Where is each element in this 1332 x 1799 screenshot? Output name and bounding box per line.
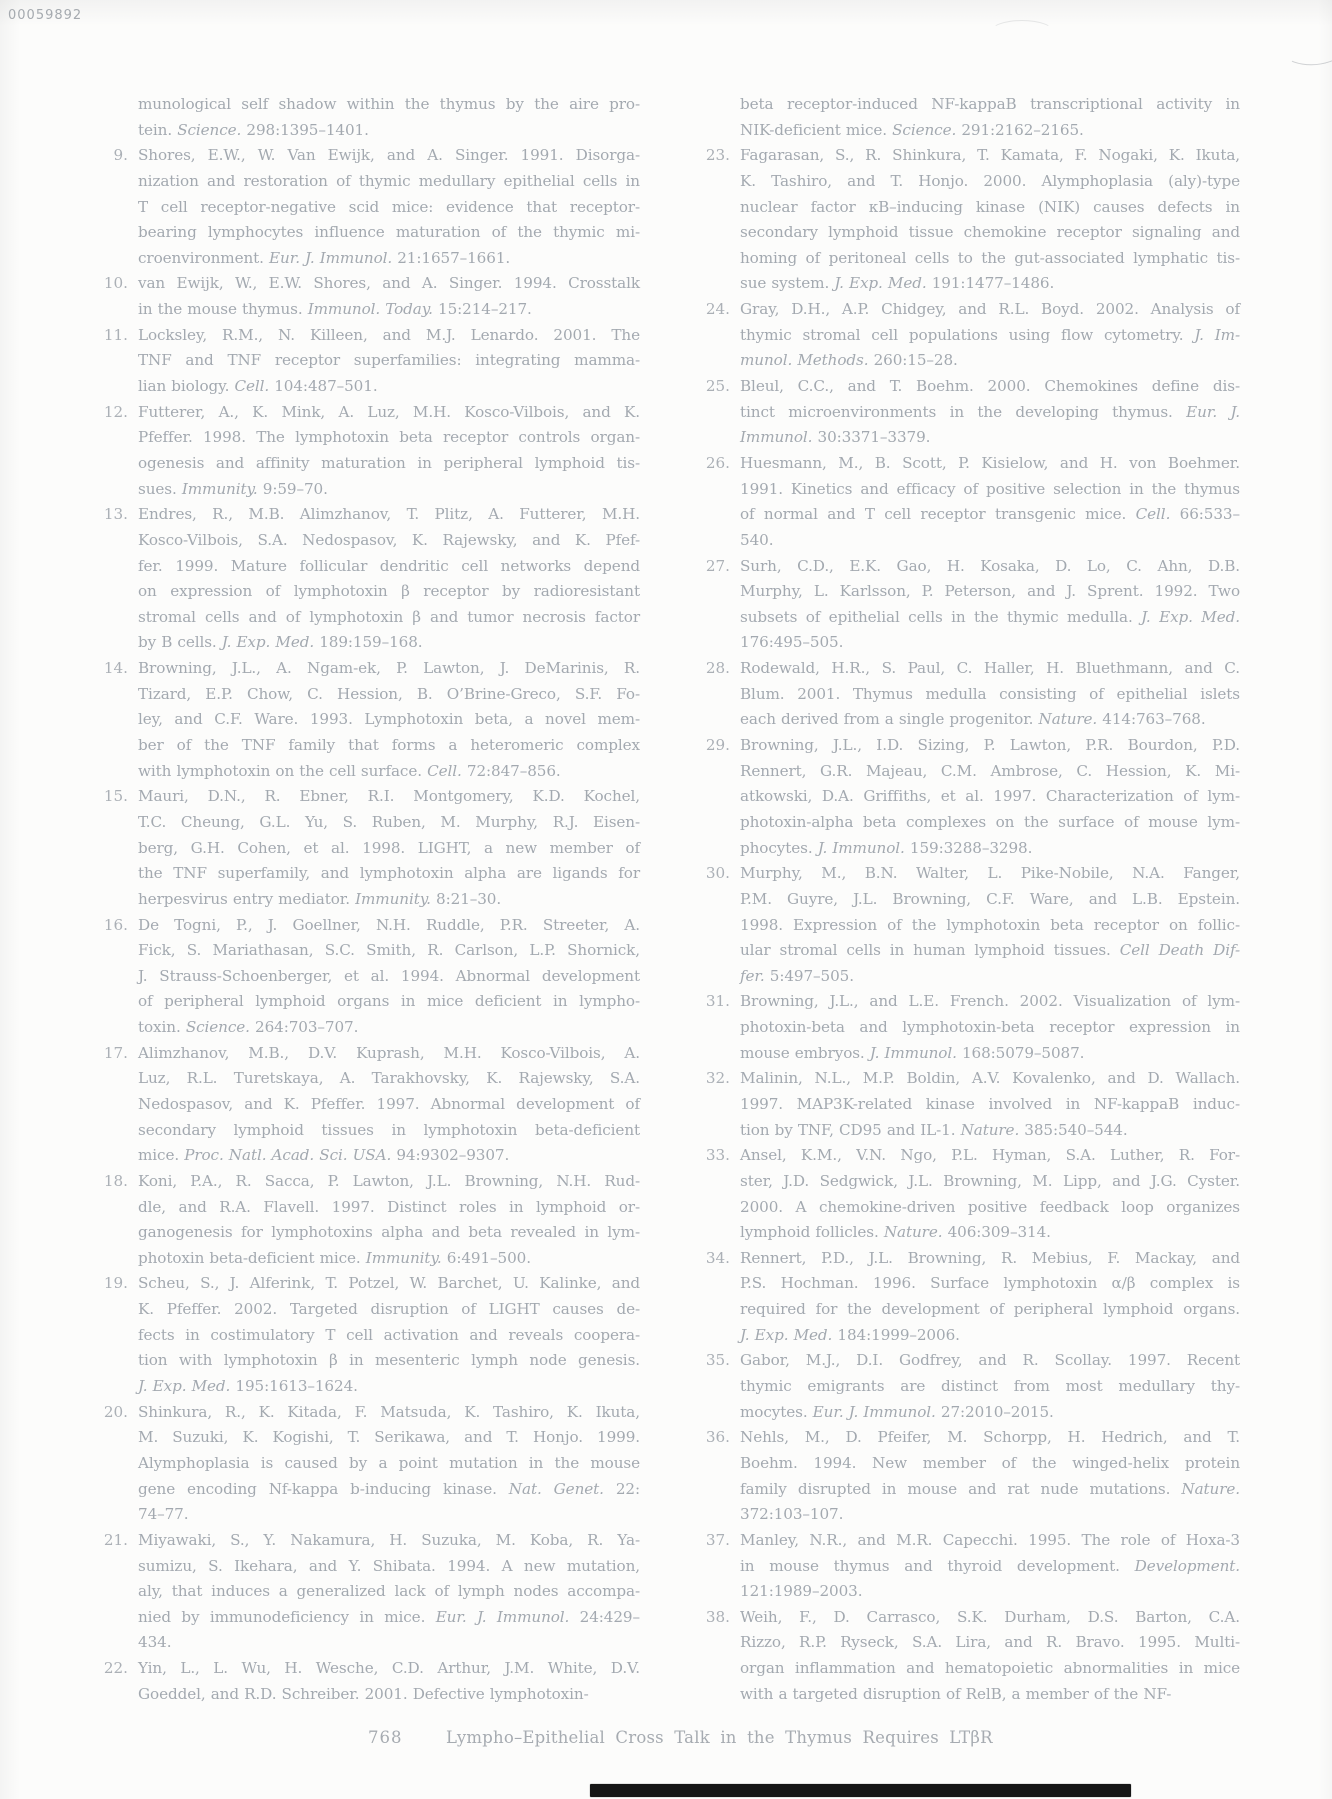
reference-line: tion with lymphotoxin β in mesenteric ly… (138, 1348, 640, 1374)
reference-line: Miyawaki, S., Y. Nakamura, H. Suzuka, M.… (138, 1528, 640, 1554)
reference-entry: 10.van Ewijk, W., E.W. Shores, and A. Si… (100, 271, 640, 322)
reference-line: Browning, J.L., I.D. Sizing, P. Lawton, … (740, 733, 1240, 759)
reference-number: 30. (702, 861, 730, 887)
reference-entry: 35.Gabor, M.J., D.I. Godfrey, and R. Sco… (702, 1348, 1240, 1425)
reference-line: ley, and C.F. Ware. 1993. Lymphotoxin be… (138, 707, 640, 733)
reference-line: Rennert, G.R. Majeau, C.M. Ambrose, C. H… (740, 759, 1240, 785)
reference-line: mocytes. Eur. J. Immunol. 27:2010–2015. (740, 1400, 1240, 1426)
reference-line: fects in costimulatory T cell activation… (138, 1323, 640, 1349)
reference-line: 1991. Kinetics and efficacy of positive … (740, 477, 1240, 503)
reference-entry: 15.Mauri, D.N., R. Ebner, R.I. Montgomer… (100, 784, 640, 912)
reference-line: Alymphoplasia is caused by a point mutat… (138, 1451, 640, 1477)
reference-line: the TNF superfamily, and lymphotoxin alp… (138, 861, 640, 887)
reference-line: mouse embryos. J. Immunol. 168:5079–5087… (740, 1041, 1240, 1067)
reference-line: lymphoid follicles. Nature. 406:309–314. (740, 1220, 1240, 1246)
reference-entry: 11.Locksley, R.M., N. Killeen, and M.J. … (100, 323, 640, 400)
reference-number: 28. (702, 656, 730, 682)
reference-line: mice. Proc. Natl. Acad. Sci. USA. 94:930… (138, 1143, 640, 1169)
reference-line: 2000. A chemokine-driven positive feedba… (740, 1195, 1240, 1221)
reference-number: 35. (702, 1348, 730, 1374)
reference-line: Goeddel, and R.D. Schreiber. 2001. Defec… (138, 1682, 640, 1708)
reference-line: Gray, D.H., A.P. Chidgey, and R.L. Boyd.… (740, 297, 1240, 323)
reference-number: 37. (702, 1528, 730, 1554)
reference-line: Huesmann, M., B. Scott, P. Kisielow, and… (740, 451, 1240, 477)
reference-entry: 31.Browning, J.L., and L.E. French. 2002… (702, 989, 1240, 1066)
reference-entry: 26.Huesmann, M., B. Scott, P. Kisielow, … (702, 451, 1240, 554)
reference-line: NIK-deficient mice. Science. 291:2162–21… (740, 118, 1240, 144)
references-column-right: beta receptor-induced NF-kappaB transcri… (702, 92, 1240, 1707)
reference-line: Koni, P.A., R. Sacca, P. Lawton, J.L. Br… (138, 1169, 640, 1195)
reference-line: of normal and T cell receptor transgenic… (740, 502, 1240, 528)
reference-line: nied by immunodeficiency in mice. Eur. J… (138, 1605, 640, 1631)
reference-number: 33. (702, 1143, 730, 1169)
reference-number: 18. (100, 1169, 128, 1195)
reference-line: 74–77. (138, 1502, 640, 1528)
reference-number: 29. (702, 733, 730, 759)
reference-line: P.S. Hochman. 1996. Surface lymphotoxin … (740, 1271, 1240, 1297)
reference-line: De Togni, P., J. Goellner, N.H. Ruddle, … (138, 913, 640, 939)
reference-line: ular stromal cells in human lymphoid tis… (740, 938, 1240, 964)
reference-line: J. Strauss-Schoenberger, et al. 1994. Ab… (138, 964, 640, 990)
reference-number: 17. (100, 1041, 128, 1067)
reference-line: photoxin-beta and lymphotoxin-beta recep… (740, 1015, 1240, 1041)
reference-number: 20. (100, 1400, 128, 1426)
reference-line: J. Exp. Med. 184:1999–2006. (740, 1323, 1240, 1349)
reference-line: ganogenesis for lymphotoxins alpha and b… (138, 1220, 640, 1246)
reference-entry: 25.Bleul, C.C., and T. Boehm. 2000. Chem… (702, 374, 1240, 451)
reference-entry: 17.Alimzhanov, M.B., D.V. Kuprash, M.H. … (100, 1041, 640, 1169)
reference-number: 25. (702, 374, 730, 400)
reference-line: Surh, C.D., E.K. Gao, H. Kosaka, D. Lo, … (740, 554, 1240, 580)
reference-entry: 38.Weih, F., D. Carrasco, S.K. Durham, D… (702, 1605, 1240, 1708)
reference-line: secondary lymphoid tissues in lymphotoxi… (138, 1118, 640, 1144)
reference-line: Rodewald, H.R., S. Paul, C. Haller, H. B… (740, 656, 1240, 682)
reference-entry: 28.Rodewald, H.R., S. Paul, C. Haller, H… (702, 656, 1240, 733)
reference-line: Malinin, N.L., M.P. Boldin, A.V. Kovalen… (740, 1066, 1240, 1092)
reference-line: berg, G.H. Cohen, et al. 1998. LIGHT, a … (138, 836, 640, 862)
reference-line: sue system. J. Exp. Med. 191:1477–1486. (740, 271, 1240, 297)
reference-entry: 22.Yin, L., L. Wu, H. Wesche, C.D. Arthu… (100, 1656, 640, 1707)
reference-line: gene encoding Nf-kappa b-inducing kinase… (138, 1477, 640, 1503)
reference-line: by B cells. J. Exp. Med. 189:159–168. (138, 630, 640, 656)
reference-line: Boehm. 1994. New member of the winged-he… (740, 1451, 1240, 1477)
reference-line: Shinkura, R., K. Kitada, F. Matsuda, K. … (138, 1400, 640, 1426)
reference-line: Blum. 2001. Thymus medulla consisting of… (740, 682, 1240, 708)
reference-entry: 23.Fagarasan, S., R. Shinkura, T. Kamata… (702, 143, 1240, 297)
reference-line: Tizard, E.P. Chow, C. Hession, B. O’Brin… (138, 682, 640, 708)
page-footer: 768 Lympho–Epithelial Cross Talk in the … (0, 1724, 1332, 1752)
reference-line: Rennert, P.D., J.L. Browning, R. Mebius,… (740, 1246, 1240, 1272)
reference-line: in mouse thymus and thyroid development.… (740, 1554, 1240, 1580)
reference-line: lian biology. Cell. 104:487–501. (138, 374, 640, 400)
reference-line: Futterer, A., K. Mink, A. Luz, M.H. Kosc… (138, 400, 640, 426)
reference-entry: 34.Rennert, P.D., J.L. Browning, R. Mebi… (702, 1246, 1240, 1349)
reference-line: Nedospasov, and K. Pfeffer. 1997. Abnorm… (138, 1092, 640, 1118)
reference-line: Browning, J.L., A. Ngam-ek, P. Lawton, J… (138, 656, 640, 682)
reference-line: Endres, R., M.B. Alimzhanov, T. Plitz, A… (138, 502, 640, 528)
reference-line: homing of peritoneal cells to the gut-as… (740, 246, 1240, 272)
reference-line: Fagarasan, S., R. Shinkura, T. Kamata, F… (740, 143, 1240, 169)
reference-line: Weih, F., D. Carrasco, S.K. Durham, D.S.… (740, 1605, 1240, 1631)
reference-number: 21. (100, 1528, 128, 1554)
reference-number: 12. (100, 400, 128, 426)
reference-line: Shores, E.W., W. Van Ewijk, and A. Singe… (138, 143, 640, 169)
reference-number: 38. (702, 1605, 730, 1631)
reference-entry: 27.Surh, C.D., E.K. Gao, H. Kosaka, D. L… (702, 554, 1240, 657)
watermark: 00059892 (8, 8, 82, 23)
reference-line: croenvironment. Eur. J. Immunol. 21:1657… (138, 246, 640, 272)
reference-entry: 16.De Togni, P., J. Goellner, N.H. Ruddl… (100, 913, 640, 1041)
reference-entry: 21.Miyawaki, S., Y. Nakamura, H. Suzuka,… (100, 1528, 640, 1656)
reference-number: 11. (100, 323, 128, 349)
reference-entry: 18.Koni, P.A., R. Sacca, P. Lawton, J.L.… (100, 1169, 640, 1272)
reference-line: ber of the TNF family that forms a heter… (138, 733, 640, 759)
reference-line: Pfeffer. 1998. The lymphotoxin beta rece… (138, 425, 640, 451)
reference-number: 15. (100, 784, 128, 810)
reference-line: Murphy, M., B.N. Walter, L. Pike-Nobile,… (740, 861, 1240, 887)
reference-line: 1998. Expression of the lymphotoxin beta… (740, 913, 1240, 939)
reference-line: nization and restoration of thymic medul… (138, 169, 640, 195)
reference-line: munol. Methods. 260:15–28. (740, 348, 1240, 374)
reference-line: Murphy, L. Karlsson, P. Peterson, and J.… (740, 579, 1240, 605)
reference-line: on expression of lymphotoxin β receptor … (138, 579, 640, 605)
reference-line: munological self shadow within the thymu… (138, 92, 640, 118)
reference-number: 14. (100, 656, 128, 682)
reference-line: atkowski, D.A. Griffiths, et al. 1997. C… (740, 784, 1240, 810)
reference-entry: 13.Endres, R., M.B. Alimzhanov, T. Plitz… (100, 502, 640, 656)
reference-entry: 9.Shores, E.W., W. Van Ewijk, and A. Sin… (100, 143, 640, 271)
reference-number: 13. (100, 502, 128, 528)
reference-line: Kosco-Vilbois, S.A. Nedospasov, K. Rajew… (138, 528, 640, 554)
reference-entry: 14.Browning, J.L., A. Ngam-ek, P. Lawton… (100, 656, 640, 784)
reference-line: Scheu, S., J. Alferink, T. Potzel, W. Ba… (138, 1271, 640, 1297)
reference-line: each derived from a single progenitor. N… (740, 707, 1240, 733)
reference-line: aly, that induces a generalized lack of … (138, 1579, 640, 1605)
reference-line: sues. Immunity. 9:59–70. (138, 477, 640, 503)
reference-line: K. Pfeffer. 2002. Targeted disruption of… (138, 1297, 640, 1323)
reference-line: tinct microenvironments in the developin… (740, 400, 1240, 426)
reference-line: TNF and TNF receptor superfamilies: inte… (138, 348, 640, 374)
reference-entry: munological self shadow within the thymu… (100, 92, 640, 143)
reference-line: toxin. Science. 264:703–707. (138, 1015, 640, 1041)
reference-line: herpesvirus entry mediator. Immunity. 8:… (138, 887, 640, 913)
reference-line: of peripheral lymphoid organs in mice de… (138, 989, 640, 1015)
reference-line: family disrupted in mouse and rat nude m… (740, 1477, 1240, 1503)
reference-entry: 36.Nehls, M., D. Pfeifer, M. Schorpp, H.… (702, 1425, 1240, 1528)
reference-line: Browning, J.L., and L.E. French. 2002. V… (740, 989, 1240, 1015)
reference-line: Nehls, M., D. Pfeifer, M. Schorpp, H. He… (740, 1425, 1240, 1451)
reference-line: Bleul, C.C., and T. Boehm. 2000. Chemoki… (740, 374, 1240, 400)
reference-line: T cell receptor-negative scid mice: evid… (138, 195, 640, 221)
reference-line: bearing lymphocytes influence maturation… (138, 220, 640, 246)
reference-number: 19. (100, 1271, 128, 1297)
reference-line: Mauri, D.N., R. Ebner, R.I. Montgomery, … (138, 784, 640, 810)
reference-line: Alimzhanov, M.B., D.V. Kuprash, M.H. Kos… (138, 1041, 640, 1067)
reference-line: K. Tashiro, and T. Honjo. 2000. Alymphop… (740, 169, 1240, 195)
reference-entry: 33.Ansel, K.M., V.N. Ngo, P.L. Hyman, S.… (702, 1143, 1240, 1246)
reference-number: 10. (100, 271, 128, 297)
reference-line: Rizzo, R.P. Ryseck, S.A. Lira, and R. Br… (740, 1630, 1240, 1656)
reference-entry: 24.Gray, D.H., A.P. Chidgey, and R.L. Bo… (702, 297, 1240, 374)
reference-line: in the mouse thymus. Immunol. Today. 15:… (138, 297, 640, 323)
scan-artifact-curve-small (990, 20, 1054, 44)
reference-line: stromal cells and of lymphotoxin β and t… (138, 605, 640, 631)
reference-number: 23. (702, 143, 730, 169)
reference-number: 31. (702, 989, 730, 1015)
reference-line: 121:1989–2003. (740, 1579, 1240, 1605)
reference-line: van Ewijk, W., E.W. Shores, and A. Singe… (138, 271, 640, 297)
reference-number: 32. (702, 1066, 730, 1092)
reference-line: beta receptor-induced NF-kappaB transcri… (740, 92, 1240, 118)
reference-line: photoxin-alpha beta complexes on the sur… (740, 810, 1240, 836)
reference-line: Gabor, M.J., D.I. Godfrey, and R. Scolla… (740, 1348, 1240, 1374)
reference-line: 1997. MAP3K-related kinase involved in N… (740, 1092, 1240, 1118)
reference-line: dle, and R.A. Flavell. 1997. Distinct ro… (138, 1195, 640, 1221)
reference-line: tein. Science. 298:1395–1401. (138, 118, 640, 144)
reference-number: 36. (702, 1425, 730, 1451)
reference-entry: 32.Malinin, N.L., M.P. Boldin, A.V. Kova… (702, 1066, 1240, 1143)
reference-line: fer. 1999. Mature follicular dendritic c… (138, 554, 640, 580)
reference-entry: 20.Shinkura, R., K. Kitada, F. Matsuda, … (100, 1400, 640, 1528)
reference-line: ster, J.D. Sedgwick, J.L. Browning, M. L… (740, 1169, 1240, 1195)
reference-entry: 30.Murphy, M., B.N. Walter, L. Pike-Nobi… (702, 861, 1240, 989)
reference-entry: 37.Manley, N.R., and M.R. Capecchi. 1995… (702, 1528, 1240, 1605)
reference-line: Manley, N.R., and M.R. Capecchi. 1995. T… (740, 1528, 1240, 1554)
reference-number: 24. (702, 297, 730, 323)
reference-line: phocytes. J. Immunol. 159:3288–3298. (740, 836, 1240, 862)
reference-line: organ inflammation and hematopoietic abn… (740, 1656, 1240, 1682)
reference-number: 22. (100, 1656, 128, 1682)
reference-line: M. Suzuki, K. Kogishi, T. Serikawa, and … (138, 1425, 640, 1451)
reference-entry: beta receptor-induced NF-kappaB transcri… (702, 92, 1240, 143)
reference-line: 176:495–505. (740, 630, 1240, 656)
reference-entry: 29.Browning, J.L., I.D. Sizing, P. Lawto… (702, 733, 1240, 861)
reference-line: thymic emigrants are distinct from most … (740, 1374, 1240, 1400)
reference-line: secondary lymphoid tissue chemokine rece… (740, 220, 1240, 246)
reference-number: 9. (100, 143, 128, 169)
reference-line: Luz, R.L. Turetskaya, A. Tarakhovsky, K.… (138, 1066, 640, 1092)
reference-number: 27. (702, 554, 730, 580)
reference-line: Fick, S. Mariathasan, S.C. Smith, R. Car… (138, 938, 640, 964)
reference-line: 540. (740, 528, 1240, 554)
reference-number: 16. (100, 913, 128, 939)
reference-entry: 19.Scheu, S., J. Alferink, T. Potzel, W.… (100, 1271, 640, 1399)
reference-line: with lymphotoxin on the cell surface. Ce… (138, 759, 640, 785)
running-title: Lympho–Epithelial Cross Talk in the Thym… (446, 1724, 993, 1752)
reference-line: P.M. Guyre, J.L. Browning, C.F. Ware, an… (740, 887, 1240, 913)
reference-line: Ansel, K.M., V.N. Ngo, P.L. Hyman, S.A. … (740, 1143, 1240, 1169)
page-number: 768 (368, 1724, 403, 1752)
reference-line: sumizu, S. Ikehara, and Y. Shibata. 1994… (138, 1554, 640, 1580)
reference-entry: 12.Futterer, A., K. Mink, A. Luz, M.H. K… (100, 400, 640, 503)
scan-artifact-curve (1261, 0, 1332, 77)
reference-line: tion by TNF, CD95 and IL-1. Nature. 385:… (740, 1118, 1240, 1144)
scan-artifact-bar (590, 1784, 1131, 1797)
reference-number: 26. (702, 451, 730, 477)
reference-line: Locksley, R.M., N. Killeen, and M.J. Len… (138, 323, 640, 349)
reference-line: thymic stromal cell populations using fl… (740, 323, 1240, 349)
reference-line: Immunol. 30:3371–3379. (740, 425, 1240, 451)
reference-line: subsets of epithelial cells in the thymi… (740, 605, 1240, 631)
reference-line: nuclear factor κB–inducing kinase (NIK) … (740, 195, 1240, 221)
reference-line: required for the development of peripher… (740, 1297, 1240, 1323)
reference-line: photoxin beta-deficient mice. Immunity. … (138, 1246, 640, 1272)
reference-line: Yin, L., L. Wu, H. Wesche, C.D. Arthur, … (138, 1656, 640, 1682)
reference-line: with a targeted disruption of RelB, a me… (740, 1682, 1240, 1708)
reference-line: 372:103–107. (740, 1502, 1240, 1528)
reference-line: fer. 5:497–505. (740, 964, 1240, 990)
reference-line: ogenesis and affinity maturation in peri… (138, 451, 640, 477)
reference-number: 34. (702, 1246, 730, 1272)
reference-line: J. Exp. Med. 195:1613–1624. (138, 1374, 640, 1400)
reference-line: 434. (138, 1630, 640, 1656)
references-column-left: munological self shadow within the thymu… (100, 92, 640, 1707)
reference-line: T.C. Cheung, G.L. Yu, S. Ruben, M. Murph… (138, 810, 640, 836)
